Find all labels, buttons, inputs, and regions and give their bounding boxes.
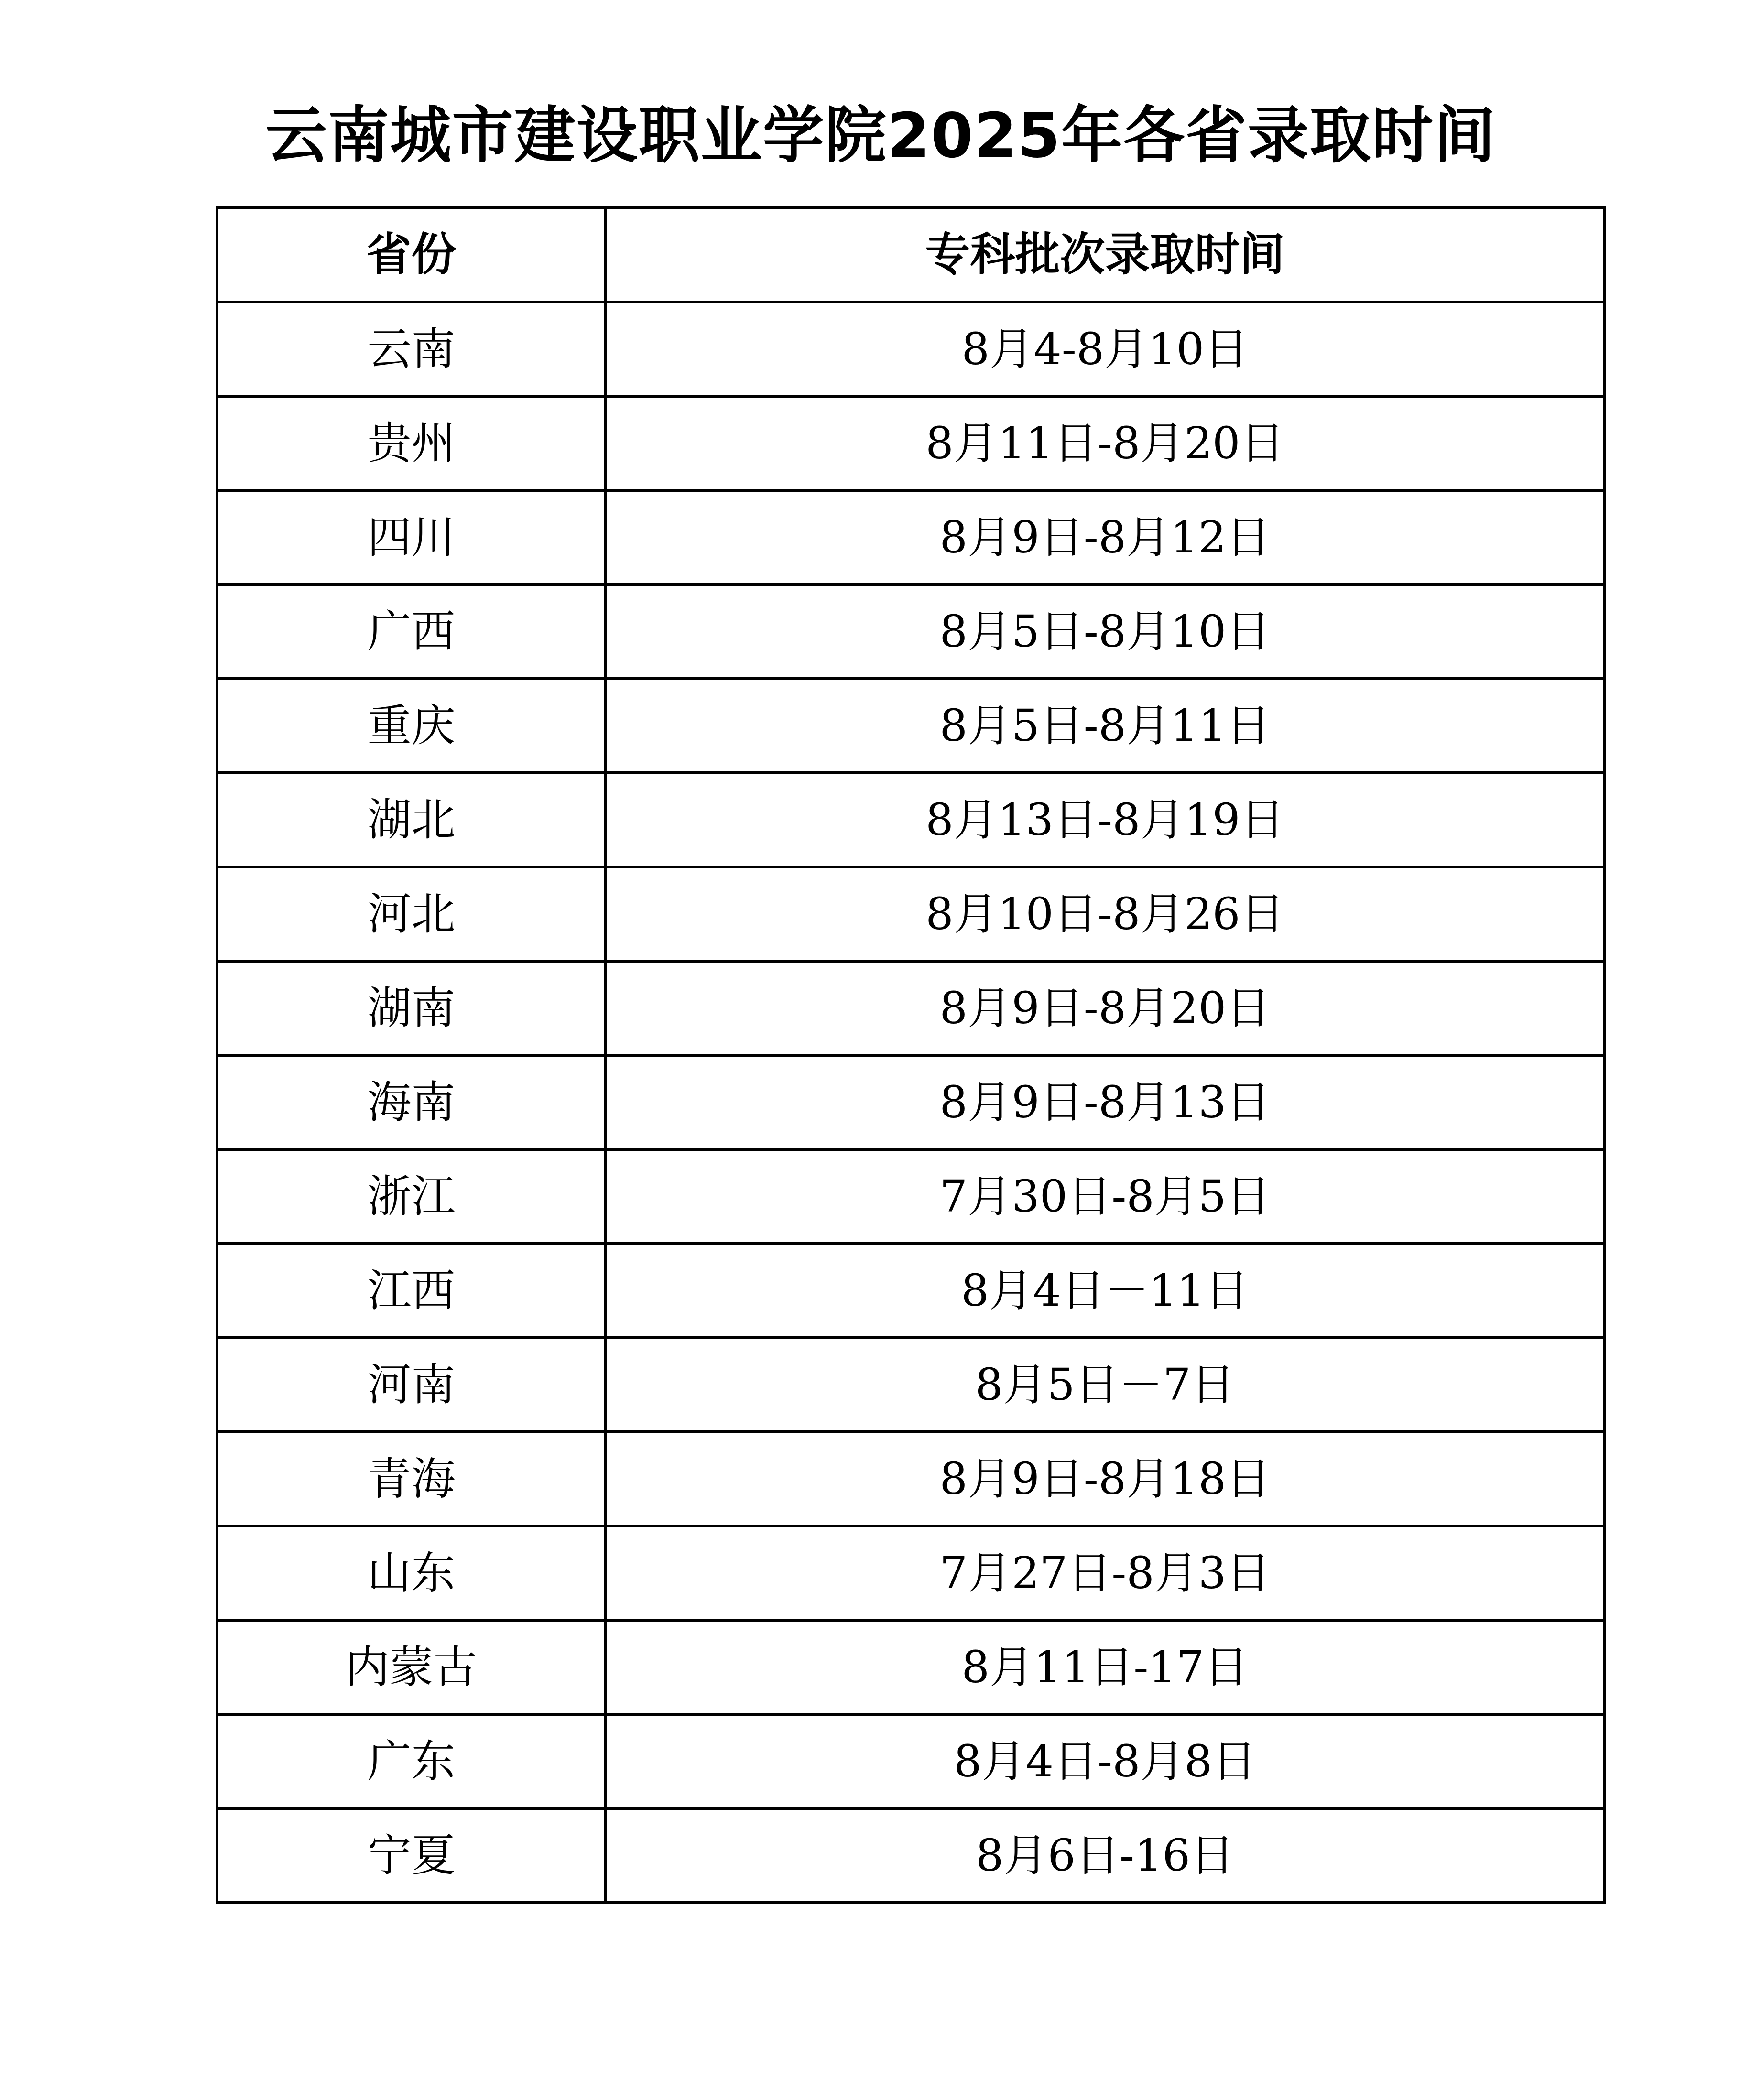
- table-row: 内蒙古 8月11日-17日: [217, 1620, 1604, 1714]
- admission-time-cell: 8月5日-8月11日: [606, 679, 1604, 773]
- admission-time-cell: 8月5日-8月10日: [606, 585, 1604, 679]
- province-cell: 广西: [217, 585, 606, 679]
- table-row: 云南 8月4-8月10日: [217, 302, 1604, 396]
- admission-time-cell: 8月4-8月10日: [606, 302, 1604, 396]
- province-cell: 四川: [217, 490, 606, 585]
- column-header-admission-time: 专科批次录取时间: [606, 208, 1604, 302]
- province-cell: 河北: [217, 867, 606, 961]
- table-row: 河南 8月5日－7日: [217, 1338, 1604, 1432]
- province-cell: 浙江: [217, 1149, 606, 1244]
- admission-time-cell: 8月10日-8月26日: [606, 867, 1604, 961]
- province-cell: 江西: [217, 1244, 606, 1338]
- admission-time-cell: 8月11日-17日: [606, 1620, 1604, 1714]
- table-header-row: 省份 专科批次录取时间: [217, 208, 1604, 302]
- province-cell: 宁夏: [217, 1808, 606, 1903]
- admission-time-cell: 8月9日-8月13日: [606, 1055, 1604, 1149]
- province-cell: 内蒙古: [217, 1620, 606, 1714]
- table-row: 重庆 8月5日-8月11日: [217, 679, 1604, 773]
- table-row: 浙江 7月30日-8月5日: [217, 1149, 1604, 1244]
- province-cell: 海南: [217, 1055, 606, 1149]
- table-row: 广东 8月4日-8月8日: [217, 1714, 1604, 1808]
- table-row: 湖北 8月13日-8月19日: [217, 773, 1604, 867]
- province-cell: 贵州: [217, 396, 606, 490]
- admission-time-cell: 8月5日－7日: [606, 1338, 1604, 1432]
- province-cell: 湖南: [217, 961, 606, 1055]
- admission-schedule-table: 省份 专科批次录取时间 云南 8月4-8月10日 贵州 8月11日-8月20日 …: [216, 206, 1606, 1904]
- admission-time-cell: 8月9日-8月18日: [606, 1432, 1604, 1526]
- table-row: 青海 8月9日-8月18日: [217, 1432, 1604, 1526]
- table-row: 山东 7月27日-8月3日: [217, 1526, 1604, 1620]
- admission-time-cell: 8月11日-8月20日: [606, 396, 1604, 490]
- table-row: 贵州 8月11日-8月20日: [217, 396, 1604, 490]
- table-row: 海南 8月9日-8月13日: [217, 1055, 1604, 1149]
- table-row: 宁夏 8月6日-16日: [217, 1808, 1604, 1903]
- province-cell: 重庆: [217, 679, 606, 773]
- column-header-province: 省份: [217, 208, 606, 302]
- table-row: 四川 8月9日-8月12日: [217, 490, 1604, 585]
- table-row: 河北 8月10日-8月26日: [217, 867, 1604, 961]
- province-cell: 云南: [217, 302, 606, 396]
- admission-time-cell: 8月13日-8月19日: [606, 773, 1604, 867]
- table-row: 湖南 8月9日-8月20日: [217, 961, 1604, 1055]
- page-title: 云南城市建设职业学院2025年各省录取时间: [0, 93, 1762, 179]
- admission-time-cell: 8月9日-8月12日: [606, 490, 1604, 585]
- table-row: 江西 8月4日－11日: [217, 1244, 1604, 1338]
- province-cell: 青海: [217, 1432, 606, 1526]
- admission-time-cell: 7月27日-8月3日: [606, 1526, 1604, 1620]
- admission-time-cell: 7月30日-8月5日: [606, 1149, 1604, 1244]
- province-cell: 山东: [217, 1526, 606, 1620]
- admission-time-cell: 8月9日-8月20日: [606, 961, 1604, 1055]
- admission-time-cell: 8月6日-16日: [606, 1808, 1604, 1903]
- province-cell: 广东: [217, 1714, 606, 1808]
- admission-time-cell: 8月4日-8月8日: [606, 1714, 1604, 1808]
- province-cell: 湖北: [217, 773, 606, 867]
- province-cell: 河南: [217, 1338, 606, 1432]
- admission-time-cell: 8月4日－11日: [606, 1244, 1604, 1338]
- table-row: 广西 8月5日-8月10日: [217, 585, 1604, 679]
